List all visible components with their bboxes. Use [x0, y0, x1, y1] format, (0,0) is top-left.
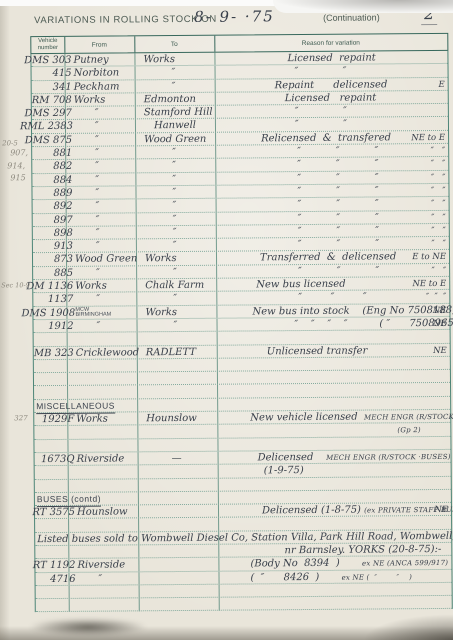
- reason-text: ″ ″: [295, 106, 347, 117]
- vehicle-number-cell: DMS 297: [20, 107, 72, 120]
- reason-cell: ″ ″ ″: [298, 291, 367, 305]
- stock-code-cell: ″ ″: [431, 238, 446, 250]
- reason-cell: ″ ″: [295, 65, 347, 78]
- continuation-label: (Continuation): [323, 12, 380, 22]
- from-cell: Cricklewood: [76, 346, 140, 359]
- vehicle-number-cell: 1137: [21, 293, 73, 306]
- stock-code-cell: NE to E: [411, 132, 445, 144]
- reason-cell: ″ ″ ″: [298, 198, 379, 212]
- reason-text: ″ ″ ″: [298, 292, 367, 304]
- stock-code-cell: ″ ″: [431, 211, 446, 223]
- reason-cell: Repaint delicensed: [275, 78, 388, 92]
- reason-text: ″ ″ ″: [297, 172, 378, 184]
- reason-text: New bus licensed: [256, 279, 345, 291]
- reason-annotation: (Gp 2): [397, 426, 420, 434]
- to-cell: Works: [145, 252, 177, 265]
- stock-code-cell: ″ ″: [431, 172, 446, 184]
- reason-text: ″ ″: [295, 66, 347, 77]
- vehicle-number-cell: RML 2383: [20, 120, 72, 133]
- header-from: From: [64, 41, 134, 49]
- scan-corner-shadow: [273, 0, 453, 13]
- reason-text: ″ ″ ″: [297, 185, 378, 197]
- section-label: BUSES (contd): [37, 492, 101, 507]
- stock-code-cell: ″ ″: [431, 198, 446, 210]
- to-cell: Chalk Farm: [145, 279, 204, 292]
- to-cell: ″: [172, 66, 176, 79]
- to-cell: ″: [173, 319, 177, 332]
- reason-text: ″ ″ ″: [298, 212, 379, 224]
- pencil-note: 915: [10, 173, 25, 182]
- page-title: VARIATIONS IN ROLLING STOCK ON: [34, 14, 217, 26]
- header-divider: [214, 36, 215, 52]
- vehicle-number-cell: 4716: [23, 572, 75, 585]
- from-cell: Wood Green: [75, 253, 137, 266]
- reason-cell: ″ ″ ″ ″ ( ″ 7508965): [294, 317, 453, 331]
- reason-cell: ″ ″ ″: [298, 224, 379, 238]
- pencil-note: 914,: [7, 161, 25, 170]
- vehicle-number-cell: 1912: [21, 320, 73, 333]
- to-cell: RADLETT: [146, 345, 196, 358]
- reason-text: ″ ″ ″ ″ ( ″ 7508965): [294, 318, 453, 330]
- reason-text: New bus into stock (Eng No 7508188): [252, 304, 453, 317]
- reason-cell: Relicensed & transfered: [261, 131, 391, 145]
- reason-text: ″ ″ ″: [298, 239, 379, 251]
- vehicle-number-cell: 1673Q: [23, 453, 75, 466]
- from-cell: Works: [75, 280, 107, 293]
- vehicle-number-cell: 882: [20, 160, 72, 173]
- from-cell: ″: [95, 187, 99, 200]
- reason-text: (Body No 8394 ): [250, 558, 362, 570]
- reason-cell: ″ ″ ″: [298, 264, 379, 278]
- pencil-note: 327: [14, 414, 27, 422]
- reason-cell: Licensed repaint: [287, 51, 375, 65]
- vehicle-number-cell: 885: [21, 267, 73, 280]
- to-cell: Edmonton: [144, 93, 196, 106]
- reason-text: ″ ″: [295, 119, 347, 130]
- reason-text: ″ ″ ″: [298, 265, 379, 277]
- reason-text: ″ ″ ″: [297, 159, 378, 171]
- from-cell: ″: [96, 320, 100, 333]
- stock-code-cell: NE to E: [412, 278, 446, 290]
- to-cell: ″: [173, 213, 177, 226]
- reason-cell: (1-9-75): [264, 464, 304, 477]
- table-row: [36, 596, 452, 613]
- header-divider: [64, 37, 65, 53]
- vehicle-number-cell: 913: [21, 240, 73, 253]
- from-cell: MCW BIRMINGHAM: [75, 307, 111, 318]
- to-cell: ″: [172, 186, 176, 199]
- reason-cell: (Gp 2): [397, 423, 421, 437]
- reason-cell: Transferred & delicensed: [260, 251, 396, 265]
- stock-code-cell: E: [438, 79, 444, 91]
- header-divider: [134, 36, 135, 52]
- variations-table: Vehicle number From To Reason for variat…: [30, 33, 453, 613]
- pencil-note: 907,: [10, 148, 28, 157]
- scan-corner-shadow: [363, 614, 453, 640]
- from-cell: Riverside: [77, 559, 125, 572]
- reason-text: Licensed repaint: [287, 52, 375, 64]
- vehicle-number-cell: 897: [21, 213, 73, 226]
- to-cell: ″: [173, 266, 177, 279]
- to-cell: ″: [172, 80, 176, 93]
- reason-cell: ″ ″: [295, 105, 347, 118]
- header-vehicle-number: Vehicle number: [31, 38, 64, 52]
- from-cell: Works: [76, 413, 108, 426]
- to-cell: ″: [173, 199, 177, 212]
- to-cell: Wood Green: [144, 133, 206, 146]
- reason-text: ″ ″ ″: [298, 199, 379, 211]
- reason-text: Licensed repaint: [285, 92, 377, 104]
- reason-text: Delicensed: [258, 452, 327, 464]
- vehicle-number-cell: RT 1192: [23, 559, 75, 572]
- to-cell: —: [172, 452, 182, 465]
- section-label: MISCELLANEOUS: [36, 399, 115, 414]
- vehicle-number-cell: 898: [21, 227, 73, 240]
- reason-text: ″ ″ ″: [298, 225, 379, 237]
- vehicle-number-cell: 873: [21, 253, 73, 266]
- stock-code-cell: ″ ″: [431, 145, 446, 157]
- vehicle-number-cell: 889: [20, 187, 72, 200]
- reason-cell: ″ ″ ″: [297, 171, 378, 185]
- reason-cell: New bus into stock (Eng No 7508188): [252, 303, 453, 318]
- reason-cell: ″ ″ ″: [298, 238, 379, 252]
- vehicle-number-cell: 892: [21, 200, 73, 213]
- from-cell: ″: [95, 133, 99, 146]
- reason-text: ( ″ 8426 ): [250, 571, 341, 583]
- reason-text: (1-9-75): [264, 465, 304, 476]
- from-cell: ″: [96, 266, 100, 279]
- to-cell: ″: [173, 226, 177, 239]
- to-cell: Stamford Hill: [144, 106, 213, 120]
- reason-cell: ″ ″ ″: [297, 184, 378, 198]
- header-to: To: [134, 41, 214, 49]
- stock-code-cell: ″ ″: [431, 158, 446, 170]
- footnote-line: nr Barnsley. YORKS (20-8-75):-: [284, 543, 441, 557]
- reason-text: Repaint delicensed: [275, 79, 388, 91]
- reason-cell: ″ ″ ″: [297, 145, 378, 159]
- from-cell: Works: [74, 93, 106, 106]
- from-cell: ″: [96, 213, 100, 226]
- from-cell: ″: [96, 227, 100, 240]
- to-cell: Works: [143, 53, 175, 66]
- reason-cell: Licensed repaint: [285, 91, 377, 105]
- from-cell: ″: [96, 200, 100, 213]
- reason-text: Transferred & delicensed: [260, 252, 396, 264]
- vehicle-number-cell: 341: [20, 80, 72, 93]
- table-body: DMS 303PutneyWorksLicensed repaint415Nor…: [30, 51, 452, 613]
- reason-text: ″ ″ ″: [297, 146, 378, 158]
- to-cell: Works: [145, 306, 177, 319]
- to-cell: ″: [172, 159, 176, 172]
- vehicle-number-cell: RM 708: [20, 94, 72, 107]
- vehicle-number-cell: DMS 1908: [21, 306, 73, 319]
- from-cell: Hounslow: [77, 506, 128, 519]
- stock-code-cell: ″ ″: [431, 185, 446, 197]
- stock-code-cell: ″ ″: [431, 225, 446, 237]
- reason-annotation: ex NE (ANCA 599/917): [362, 559, 448, 568]
- reason-text: Relicensed & transfered: [261, 132, 391, 144]
- from-cell: ″: [96, 293, 100, 306]
- to-cell: ″: [173, 292, 177, 305]
- to-cell: Hanwell: [154, 119, 196, 132]
- stock-code-cell: NE: [434, 504, 448, 516]
- from-cell: Norbiton: [74, 67, 120, 80]
- reason-cell: ″ ″: [295, 118, 347, 131]
- vehicle-number-cell: 415: [20, 67, 72, 80]
- vehicle-number-cell: 884: [20, 174, 72, 187]
- header-reason: Reason for variation: [214, 39, 447, 48]
- reason-annotation: ex NE ( ″ ″ ): [342, 573, 412, 582]
- reason-text: Delicensed (1-8-75): [262, 505, 364, 517]
- reason-annotation: MECH ENGR (R/STOCK ·BUSES) (Gp 1): [326, 453, 453, 462]
- reason-text: New vehicle licensed: [250, 412, 364, 424]
- vehicle-number-cell: DMS 875: [20, 134, 72, 147]
- reason-cell: ″ ″ ″: [298, 211, 379, 225]
- from-cell: ″: [96, 240, 100, 253]
- to-cell: Hounslow: [146, 412, 197, 425]
- stock-code-cell: E to NE: [412, 251, 446, 263]
- reason-cell: ″ ″ ″: [297, 158, 378, 172]
- from-cell: ″: [95, 173, 99, 186]
- from-cell: ″: [98, 572, 102, 585]
- reason-text: Unlicensed transfer: [267, 345, 368, 357]
- from-cell: Putney: [73, 54, 108, 67]
- from-cell: ″: [95, 160, 99, 173]
- from-cell: ″: [95, 107, 99, 120]
- reason-cell: New bus licensed: [256, 278, 345, 292]
- pencil-note: Sec 10-9: [1, 281, 30, 289]
- date-handwritten: 8- 9- ·75: [194, 7, 275, 26]
- stock-code-cell: NE: [433, 344, 447, 356]
- from-cell: Riverside: [77, 452, 125, 465]
- from-cell: ″: [95, 147, 99, 160]
- reason-annotation: MECH ENGR (R/STOCK BUSES): [364, 413, 453, 422]
- reason-cell: Unlicensed transfer: [267, 344, 368, 358]
- vehicle-number-cell: DMS 303: [19, 54, 71, 67]
- from-cell: Peckham: [74, 80, 120, 93]
- to-cell: ″: [173, 239, 177, 252]
- to-cell: ″: [172, 173, 176, 186]
- page-content: VARIATIONS IN ROLLING STOCK ON 8- 9- ·75…: [0, 0, 453, 640]
- stock-code-cell: NE: [433, 305, 447, 317]
- stock-code-cell: ″ ″ ″: [426, 291, 446, 303]
- to-cell: ″: [172, 146, 176, 159]
- vehicle-number-cell: MB 323: [22, 346, 74, 359]
- from-cell: ″: [95, 120, 99, 133]
- scanned-document: VARIATIONS IN ROLLING STOCK ON 8- 9- ·75…: [0, 0, 453, 640]
- scan-smudge: [28, 618, 148, 636]
- vehicle-number-cell: 1929F: [22, 413, 74, 426]
- stock-code-cell: NE: [433, 318, 447, 330]
- vehicle-number-cell: RT 3575: [23, 506, 75, 519]
- pencil-note: 20-5: [2, 139, 18, 147]
- stock-code-cell: ″ ″: [432, 265, 447, 277]
